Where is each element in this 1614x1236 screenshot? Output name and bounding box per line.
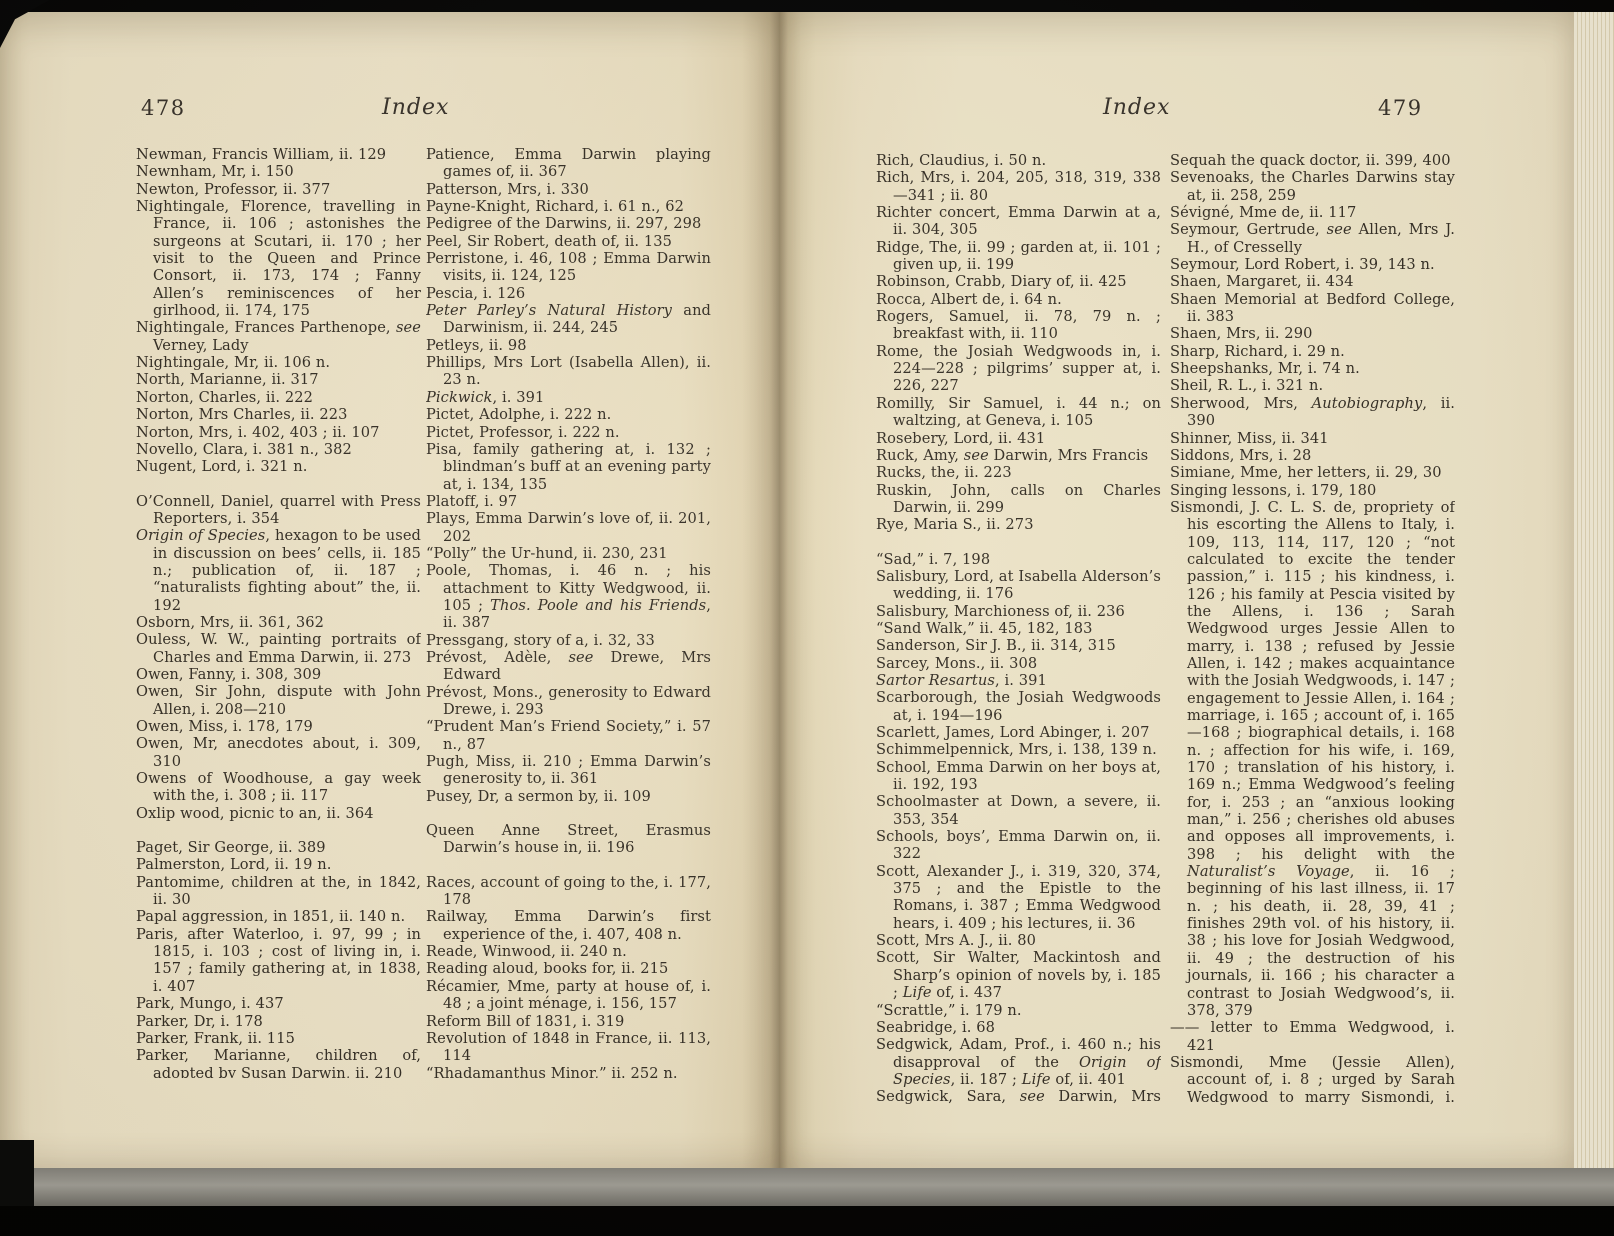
index-entry: Pictet, Adolphe, i. 222 n. [426,406,711,423]
photo-corner-shadow [0,1140,34,1210]
index-entry: Rogers, Samuel, ii. 78, 79 n. ; breakfas… [876,308,1161,343]
index-entry: Owen, Sir John, dispute with John Allen,… [136,683,421,718]
index-entry: Rocca, Albert de, i. 64 n. [876,291,1161,308]
index-entry: Sheil, R. L., i. 321 n. [1170,377,1455,394]
running-head-left: Index [382,95,449,120]
index-entry: Pugh, Miss, ii. 210 ; Emma Darwin’s gene… [426,753,711,788]
index-entry: Patience, Emma Darwin playing games of, … [426,146,711,181]
index-entry: Payne-Knight, Richard, i. 61 n., 62 [426,198,711,215]
index-entry: Sherwood, Mrs, Autobiography, ii. 390 [1170,395,1455,430]
index-entry: Richter concert, Emma Darwin at a, ii. 3… [876,204,1161,239]
index-entry: Sévigné, Mme de, ii. 117 [1170,204,1455,221]
index-entry: Platoff, i. 97 [426,493,711,510]
index-entry: Schimmelpennick, Mrs, i. 138, 139 n. [876,741,1161,758]
index-entry: Rucks, the, ii. 223 [876,464,1161,481]
index-entry: “Prudent Man’s Friend Society,” i. 57 n.… [426,718,711,753]
index-entry: Salisbury, Lord, at Isabella Alderson’s … [876,568,1161,603]
index-entry: —— letter to Emma Wedgwood, i. 421 [1170,1019,1455,1054]
index-entry: Revolution of 1848 in France, ii. 113, 1… [426,1030,711,1065]
index-entry: Peter Parley’s Natural History and Darwi… [426,302,711,337]
index-entry: Rome, the Josiah Wedgwoods in, i. 224—22… [876,343,1161,395]
index-entry: Norton, Mrs Charles, ii. 223 [136,406,421,423]
index-entry: Scott, Alexander J., i. 319, 320, 374, 3… [876,863,1161,932]
index-entry: Shinner, Miss, ii. 341 [1170,430,1455,447]
index-column-1: Newman, Francis William, ii. 129Newnham,… [136,146,421,1078]
index-entry: Seymour, Gertrude, see Allen, Mrs J. H.,… [1170,221,1455,256]
page-number-right: 479 [1378,96,1423,120]
index-entry: O’Connell, Daniel, quarrel with Press Re… [136,493,421,528]
index-entry: Pressgang, story of a, i. 32, 33 [426,632,711,649]
index-entry: Patterson, Mrs, i. 330 [426,181,711,198]
index-entry: Newman, Francis William, ii. 129 [136,146,421,163]
index-entry: Paget, Sir George, ii. 389 [136,839,421,856]
index-entry: Petleys, ii. 98 [426,337,711,354]
index-entry: Pescia, i. 126 [426,285,711,302]
index-entry: Scarborough, the Josiah Wedgwoods at, i.… [876,689,1161,724]
index-entry: Railway, Emma Darwin’s first experience … [426,908,711,943]
index-entry: Shaen Memorial at Bedford College, ii. 3… [1170,291,1455,326]
index-entry: Simiane, Mme, her letters, ii. 29, 30 [1170,464,1455,481]
index-entry: Owens of Woodhouse, a gay week with the,… [136,770,421,805]
index-entry: “Polly” the Ur-hund, ii. 230, 231 [426,545,711,562]
index-entry: Peel, Sir Robert, death of, ii. 135 [426,233,711,250]
index-entry: Schoolmaster at Down, a severe, ii. 353,… [876,793,1161,828]
index-entry: Sharp, Richard, i. 29 n. [1170,343,1455,360]
index-entry: Sarcey, Mons., ii. 308 [876,655,1161,672]
index-entry: Scarlett, James, Lord Abinger, i. 207 [876,724,1161,741]
index-entry: Perristone, i. 46, 108 ; Emma Darwin vis… [426,250,711,285]
index-entry: Reading aloud, books for, ii. 215 [426,960,711,977]
index-entry: Pusey, Dr, a sermon by, ii. 109 [426,788,711,805]
index-entry: Ruskin, John, calls on Charles Darwin, i… [876,482,1161,517]
index-entry: Reform Bill of 1831, i. 319 [426,1013,711,1030]
index-entry: Seymour, Lord Robert, i. 39, 143 n. [1170,256,1455,273]
index-entry: Sheepshanks, Mr, i. 74 n. [1170,360,1455,377]
index-entry: Queen Anne Street, Erasmus Darwin’s hous… [426,822,711,857]
index-entry: Sevenoaks, the Charles Darwins stay at, … [1170,169,1455,204]
index-entry: Prévost, Adèle, see Drewe, Mrs Edward [426,649,711,684]
index-entry: Sedgwick, Adam, Prof., i. 460 n.; his di… [876,1036,1161,1088]
page-number-left: 478 [141,96,186,120]
index-column-4: Sequah the quack doctor, ii. 399, 400Sev… [1170,152,1455,1108]
index-entry: Plays, Emma Darwin’s love of, ii. 201, 2… [426,510,711,545]
index-entry: Sartor Resartus, i. 391 [876,672,1161,689]
index-entry: Oxlip wood, picnic to an, ii. 364 [136,805,421,822]
index-entry: “Rhadamanthus Minor,” ii. 252 n. [426,1065,711,1078]
index-entry: Nightingale, Mr, ii. 106 n. [136,354,421,371]
index-entry: Races, account of going to the, i. 177, … [426,874,711,909]
index-entry: Rye, Maria S., ii. 273 [876,516,1161,533]
index-entry: Newnham, Mr, i. 150 [136,163,421,180]
index-column-2: Patience, Emma Darwin playing games of, … [426,146,711,1078]
index-entry: Pedigree of the Darwins, ii. 297, 298 [426,215,711,232]
index-entry: Salisbury, Marchioness of, ii. 236 [876,603,1161,620]
index-entry: Novello, Clara, i. 381 n., 382 [136,441,421,458]
page-edges-stack [1574,10,1614,1172]
book-scan-photo: 478 Index Index 479 Newman, Francis Will… [0,0,1614,1236]
index-entry: North, Marianne, ii. 317 [136,371,421,388]
index-entry: Schools, boys’, Emma Darwin on, ii. 322 [876,828,1161,863]
index-entry: Parker, Frank, ii. 115 [136,1030,421,1047]
index-entry: Sedgwick, Sara, see Darwin, Mrs William [876,1088,1161,1108]
index-entry: Owen, Miss, i. 178, 179 [136,718,421,735]
book-gutter-shadow [742,10,816,1168]
index-entry: Sanderson, Sir J. B., ii. 314, 315 [876,637,1161,654]
index-entry: “Sad,” i. 7, 198 [876,551,1161,568]
index-column-3: Rich, Claudius, i. 50 n.Rich, Mrs, i. 20… [876,152,1161,1108]
index-entry: “Scrattle,” i. 179 n. [876,1002,1161,1019]
index-entry: Phillips, Mrs Lort (Isabella Allen), ii.… [426,354,711,389]
index-entry: Robinson, Crabb, Diary of, ii. 425 [876,273,1161,290]
table-surface [0,1168,1614,1206]
index-entry: Norton, Mrs, i. 402, 403 ; ii. 107 [136,424,421,441]
index-entry: Owen, Mr, anecdotes about, i. 309, 310 [136,735,421,770]
index-entry: Parker, Marianne, children of, adopted b… [136,1047,421,1078]
index-entry: Shaen, Mrs, ii. 290 [1170,325,1455,342]
index-entry: Prévost, Mons., generosity to Edward Dre… [426,684,711,719]
index-entry: Pickwick, i. 391 [426,389,711,406]
index-entry: Rich, Claudius, i. 50 n. [876,152,1161,169]
index-entry: Pisa, family gathering at, i. 132 ; blin… [426,441,711,493]
index-entry: Reade, Winwood, ii. 240 n. [426,943,711,960]
index-entry: Sismondi, Mme (Jessie Allen), account of… [1170,1054,1455,1108]
index-entry: Norton, Charles, ii. 222 [136,389,421,406]
index-entry: Ridge, The, ii. 99 ; garden at, ii. 101 … [876,239,1161,274]
running-head-right: Index [1103,95,1170,120]
index-entry: Scott, Mrs A. J., ii. 80 [876,932,1161,949]
index-entry: Osborn, Mrs, ii. 361, 362 [136,614,421,631]
photo-top-border [0,0,1614,12]
index-entry: Pantomime, children at the, in 1842, ii.… [136,874,421,909]
index-entry: Sismondi, J. C. L. S. de, propriety of h… [1170,499,1455,1019]
index-entry: Récamier, Mme, party at house of, i. 48 … [426,978,711,1013]
index-entry: Ruck, Amy, see Darwin, Mrs Francis [876,447,1161,464]
index-entry: Siddons, Mrs, i. 28 [1170,447,1455,464]
index-entry: Rosebery, Lord, ii. 431 [876,430,1161,447]
index-entry: Owen, Fanny, i. 308, 309 [136,666,421,683]
index-entry: Park, Mungo, i. 437 [136,995,421,1012]
index-entry: Nugent, Lord, i. 321 n. [136,458,421,475]
index-entry: Paris, after Waterloo, i. 97, 99 ; in 18… [136,926,421,995]
photo-bottom-border [0,1206,1614,1236]
index-entry: Sequah the quack doctor, ii. 399, 400 [1170,152,1455,169]
index-entry: Origin of Species, hexagon to be used in… [136,527,421,614]
index-entry: Pictet, Professor, i. 222 n. [426,424,711,441]
index-entry: Scott, Sir Walter, Mackintosh and Sharp’… [876,949,1161,1001]
index-entry: Seabridge, i. 68 [876,1019,1161,1036]
index-entry: “Sand Walk,” ii. 45, 182, 183 [876,620,1161,637]
index-entry: Parker, Dr, i. 178 [136,1013,421,1030]
index-entry: Newton, Professor, ii. 377 [136,181,421,198]
index-entry: Palmerston, Lord, ii. 19 n. [136,856,421,873]
index-entry: Nightingale, Frances Parthenope, see Ver… [136,319,421,354]
index-entry: Ouless, W. W., painting portraits of Cha… [136,631,421,666]
index-entry: Romilly, Sir Samuel, i. 44 n.; on waltzi… [876,395,1161,430]
index-entry: Shaen, Margaret, ii. 434 [1170,273,1455,290]
index-entry: Poole, Thomas, i. 46 n. ; his attachment… [426,562,711,631]
index-entry: Singing lessons, i. 179, 180 [1170,482,1455,499]
index-entry: Rich, Mrs, i. 204, 205, 318, 319, 338—34… [876,169,1161,204]
index-entry: Papal aggression, in 1851, ii. 140 n. [136,908,421,925]
index-entry: School, Emma Darwin on her boys at, ii. … [876,759,1161,794]
index-entry: Nightingale, Florence, travelling in Fra… [136,198,421,319]
